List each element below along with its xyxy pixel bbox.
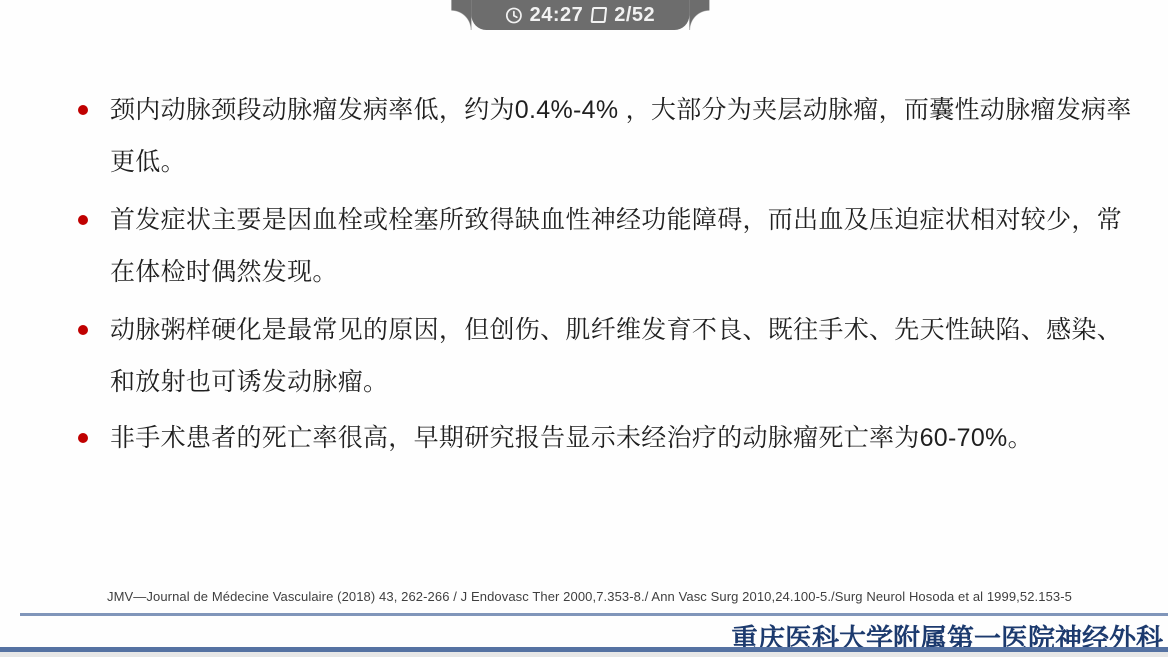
bullet-text: 首发症状主要是因血栓或栓塞所致得缺血性神经功能障碍，而出血及压迫症状相对较少，常 (110, 194, 1122, 246)
elapsed-time: 24:27 (530, 4, 584, 27)
bullet-dot (78, 433, 88, 443)
bullet-item-4: 非手术患者的死亡率很高，早期研究报告显示未经治疗的动脉瘤死亡率为60-70%。 (78, 412, 1033, 464)
footer-divider (20, 613, 1168, 616)
bullet-text: 颈内动脉颈段动脉瘤发病率低，约为0.4%-4% ，大部分为夹层动脉瘤，而囊性动脉… (110, 84, 1132, 136)
bullet-dot (78, 105, 88, 115)
bullet-text: 动脉粥样硬化是最常见的原因，但创伤、肌纤维发育不良、既往手术、先天性缺陷、感染、 (110, 304, 1122, 356)
bullet-item-1: 颈内动脉颈段动脉瘤发病率低，约为0.4%-4% ，大部分为夹层动脉瘤，而囊性动脉… (78, 84, 1132, 188)
bullet-text: 非手术患者的死亡率很高，早期研究报告显示未经治疗的动脉瘤死亡率为60-70%。 (110, 412, 1033, 464)
reference-citation: JMV—Journal de Médecine Vasculaire (2018… (107, 589, 1072, 604)
bottom-gray-strip (0, 652, 1168, 657)
clock-icon (506, 7, 523, 24)
pill-flare-right (689, 0, 709, 30)
slide-page-icon (590, 7, 607, 23)
pill-flare-left (451, 0, 471, 30)
player-status-pill[interactable]: 24:27 2/52 (471, 0, 689, 30)
slide: 24:27 2/52 颈内动脉颈段动脉瘤发病率低，约为0.4%-4% ，大部分为… (0, 0, 1168, 657)
bullet-item-3: 动脉粥样硬化是最常见的原因，但创伤、肌纤维发育不良、既往手术、先天性缺陷、感染、… (78, 304, 1122, 408)
bullet-item-2: 首发症状主要是因血栓或栓塞所致得缺血性神经功能障碍，而出血及压迫症状相对较少，常… (78, 194, 1122, 298)
bullet-text: 在体检时偶然发现。 (110, 246, 1122, 298)
slide-counter: 2/52 (614, 4, 655, 27)
bullet-dot (78, 325, 88, 335)
bullet-dot (78, 215, 88, 225)
bullet-text: 和放射也可诱发动脉瘤。 (110, 356, 1122, 408)
bullet-text: 更低。 (110, 136, 1132, 188)
